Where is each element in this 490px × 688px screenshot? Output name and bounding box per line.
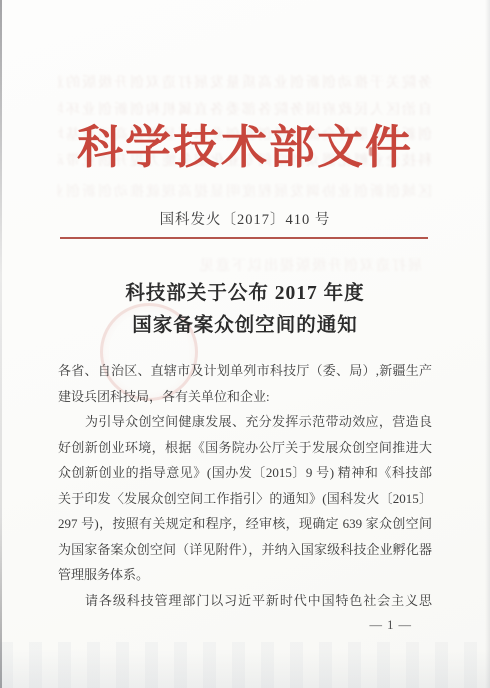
document-title: 科技部关于公布 2017 年度 国家备案众创空间的通知 [0,278,490,341]
document-reference-number: 国科发火〔2017〕410 号 [0,208,490,229]
body-line: 关于印发〈发展众创空间工作指引〉的通知》(国科发火〔2015〕 [58,486,432,512]
body-line: 各省、自治区、直辖市及计划单列市科技厅（委、局）,新疆生产 [58,358,432,384]
body-line: 297 号)，按照有关规定和程序，经审核，现确定 639 家众创空间 [58,511,432,537]
document-title-line-2: 国家备案众创空间的通知 [0,310,490,342]
body-line: 管理服务体系。 [58,562,432,588]
bleed-through-text: 区域创新创业协调发展程度明显提高现就推动创新创业高质量发 [58,181,432,199]
scan-left-edge [0,0,2,688]
bleed-through-text: 自治区人民政府国务院各部委各直属机构创新创业环境持续改善 [58,99,432,117]
document-title-line-1: 科技部关于公布 2017 年度 [0,278,490,310]
body-line: 为国家备案众创空间（详见附件），并纳入国家级科技企业孵化器 [58,537,432,563]
body-line: 好创新创业环境，根据《国务院办公厅关于发展众创空间推进大 [58,435,432,461]
body-line: 建设兵团科技局，各有关单位和企业: [58,384,432,410]
bleed-through-text: 务院关于推动创新创业高质量发展打造双创升级版的意见各省市 [58,72,432,90]
scan-bottom-noise [0,642,490,688]
red-separator-line [60,237,428,239]
scan-right-edge [485,0,490,688]
ministry-letterhead-banner: 科学技术部文件 [0,122,490,174]
scanned-document-page: 务院关于推动创新创业高质量发展打造双创升级版的意见各省市 自治区人民政府国务院各… [0,0,490,688]
body-line: 请各级科技管理部门以习近平新时代中国特色社会主义思 [58,588,432,614]
document-body: 各省、自治区、直辖市及计划单列市科技厅（委、局）,新疆生产 建设兵团科技局，各有… [58,358,432,613]
body-line: 众创新创业的指导意见》(国办发〔2015〕9 号) 精神和《科技部 [58,460,432,486]
bleed-through-text: 展打造双创升级版提出以下意见 [178,255,422,273]
page-number: — 1 — [370,618,413,633]
body-line: 为引导众创空间健康发展、充分发挥示范带动效应，营造良 [58,409,432,435]
